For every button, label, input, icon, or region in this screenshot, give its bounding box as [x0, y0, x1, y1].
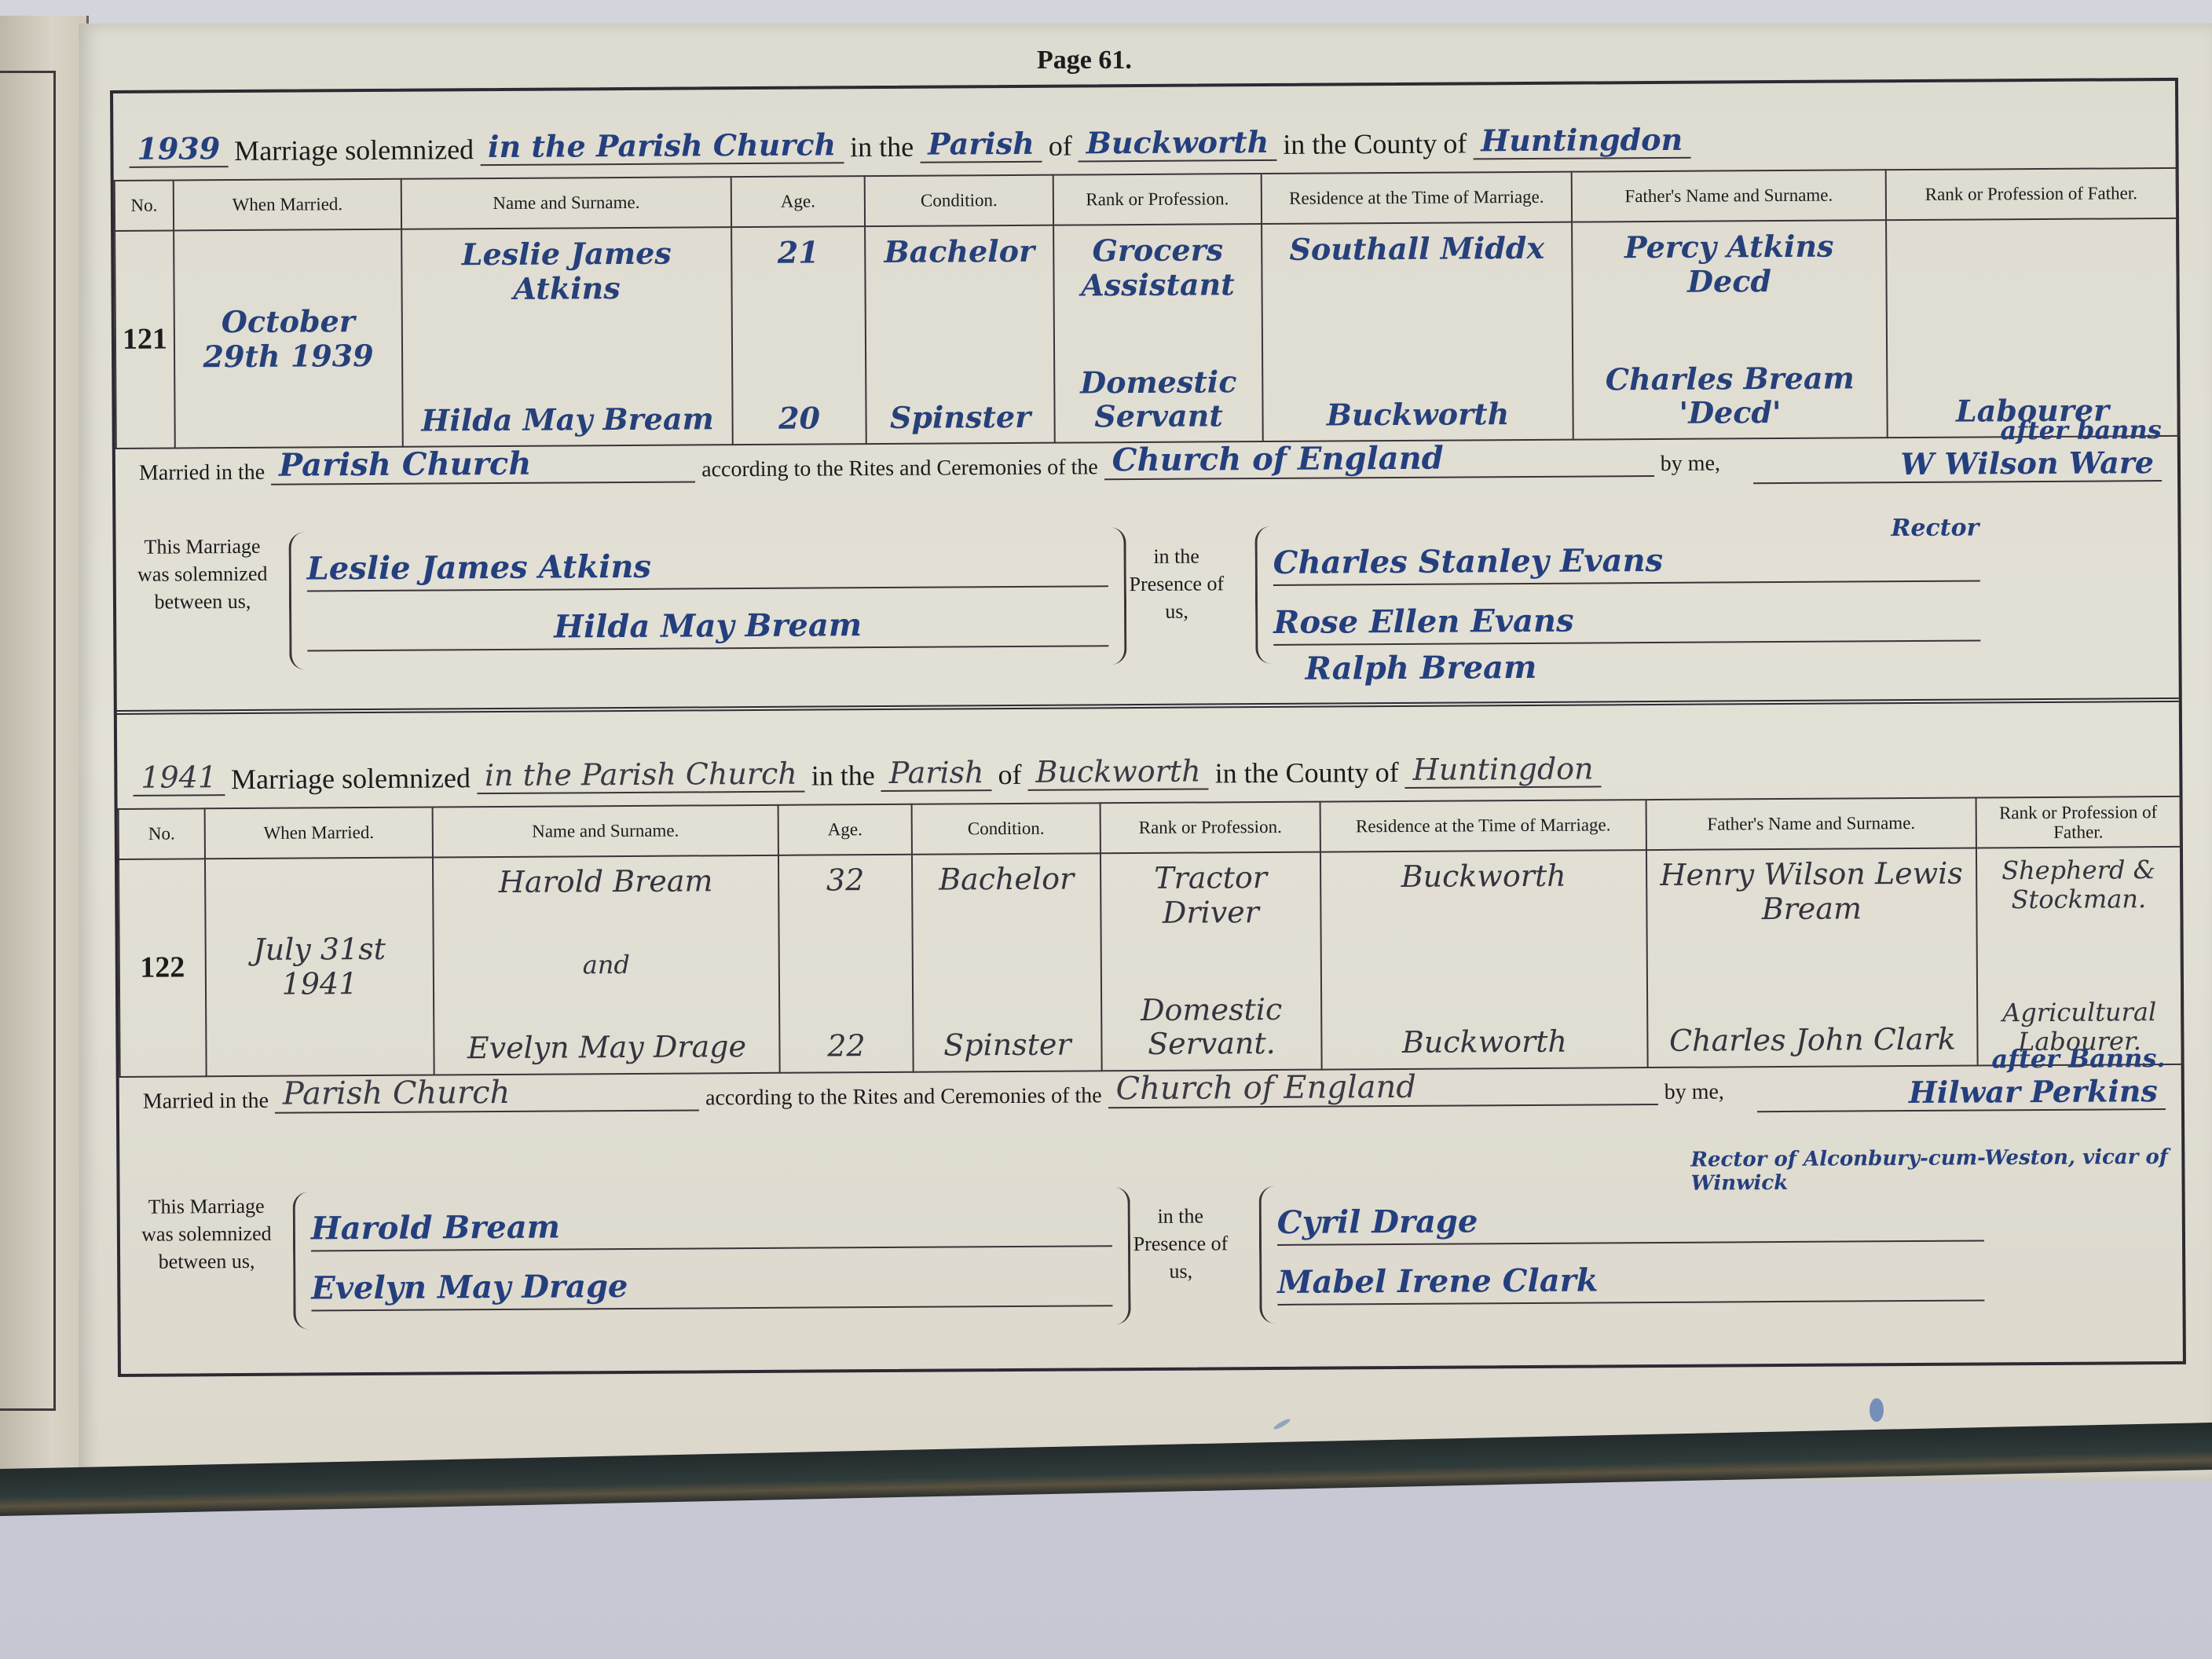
- col-father-name: Father's Name and Surname.: [1572, 170, 1886, 222]
- groom-profession: Grocers Assistant: [1060, 233, 1255, 302]
- bride-residence: Buckworth: [1328, 1024, 1640, 1060]
- page-number: Page 61.: [1037, 46, 1132, 75]
- names-cell: Leslie James Atkins Hilda May Bream: [401, 227, 733, 447]
- col-when-married: When Married.: [174, 179, 401, 231]
- signatures-section: This Marriage was solemnized between us,…: [131, 521, 2159, 690]
- married-in-value: Parish Church: [275, 1073, 699, 1113]
- professions-cell: Grocers Assistant Domestic Servant: [1053, 224, 1263, 443]
- father-professions-cell: Shepherd & Stockman. Agricultural Labour…: [1976, 847, 2182, 1066]
- bride-profession: Domestic Servant: [1061, 364, 1256, 434]
- when-married: July 31st 1941: [205, 858, 434, 1077]
- names-cell: Harold Bream and Evelyn May Drage: [433, 855, 780, 1075]
- groom-father-profession: Shepherd & Stockman.: [1983, 855, 2174, 914]
- fathers-cell: Percy Atkins Decd Charles Bream 'Decd': [1572, 220, 1888, 439]
- entry-district: Parish: [920, 126, 1042, 163]
- col-profession: Rank or Profession.: [1101, 802, 1320, 854]
- col-father-profession: Rank or Profession of Father.: [1976, 797, 2181, 848]
- ages-cell: 32 22: [778, 855, 914, 1073]
- bride-signature: Evelyn May Drage: [311, 1247, 1112, 1311]
- entry-heading: 1941 Marriage solemnized in the Parish C…: [133, 729, 2159, 797]
- parties-signatures: Harold Bream Evelyn May Drage: [293, 1187, 1131, 1330]
- groom-father-name: Henry Wilson Lewis Bream: [1654, 857, 1970, 928]
- label-of-county: of: [1375, 756, 1398, 789]
- witness-2: Mabel Irene Clark: [1277, 1241, 1984, 1305]
- banns-note: after banns: [1753, 415, 2162, 447]
- banns-note: after Banns.: [1756, 1043, 2165, 1075]
- register-table: No. When Married. Name and Surname. Age.…: [118, 796, 2183, 1078]
- conditions-cell: Bachelor Spinster: [912, 853, 1102, 1071]
- name-joiner: and: [441, 950, 772, 980]
- label-married-in-the: Married in the: [143, 1089, 269, 1115]
- label-presence: in the Presence of us,: [1126, 1202, 1236, 1285]
- witness-signatures: Charles Stanley Evans Rose Ellen Evans R…: [1254, 521, 2177, 664]
- label-marriage-solemnized: Marriage solemnized: [231, 761, 471, 796]
- groom-signature: Leslie James Atkins: [306, 527, 1108, 591]
- col-profession: Rank or Profession.: [1053, 174, 1262, 225]
- label-according-to: according to the Rites and Ceremonies of…: [701, 455, 1098, 482]
- bride-residence: Buckworth: [1269, 397, 1566, 433]
- register-table: No. When Married. Name and Surname. Age.…: [114, 167, 2179, 449]
- col-name: Name and Surname.: [401, 177, 731, 229]
- groom-signature: Harold Bream: [311, 1187, 1112, 1251]
- label-by-me: by me,: [1661, 451, 1720, 476]
- col-no: No.: [119, 808, 205, 859]
- parties-signatures: Leslie James Atkins Hilda May Bream: [288, 527, 1126, 670]
- left-page-form-border: [0, 71, 56, 1411]
- label-of: of: [1049, 130, 1072, 163]
- groom-father-profession: [1893, 227, 2170, 229]
- label-according-to: according to the Rites and Ceremonies of…: [705, 1083, 1102, 1111]
- minister-signature: Hilwar Perkins: [1757, 1073, 2166, 1112]
- table-row: 122 July 31st 1941 Harold Bream and Evel…: [119, 847, 2182, 1077]
- witness-2: Rose Ellen Evans: [1273, 581, 1980, 645]
- col-residence: Residence at the Time of Marriage.: [1262, 172, 1572, 224]
- label-married-in-the: Married in the: [139, 460, 265, 486]
- entry-county: Huntingdon: [1473, 122, 1690, 160]
- label-in-the-county: in the County: [1283, 127, 1437, 161]
- minister-title: Rector: [1891, 514, 1979, 542]
- bride-signature: Hilda May Bream: [307, 587, 1108, 651]
- father-professions-cell: Labourer: [1886, 218, 2178, 438]
- label-this-marriage: This Marriage was solemnized between us,: [136, 1192, 278, 1276]
- fathers-cell: Henry Wilson Lewis Bream Charles John Cl…: [1646, 848, 1978, 1068]
- left-page-edge: [0, 16, 89, 1477]
- bride-age: 22: [786, 1029, 906, 1064]
- entry-number: 122: [119, 859, 207, 1077]
- bride-condition: Spinster: [920, 1028, 1094, 1064]
- label-of-county: of: [1443, 126, 1467, 159]
- entry-parish-name: Buckworth: [1079, 124, 1277, 163]
- residences-cell: Southall Middx Buckworth: [1262, 222, 1573, 441]
- col-name: Name and Surname.: [433, 805, 778, 858]
- rites-value: Church of England: [1108, 1068, 1657, 1108]
- rites-value: Church of England: [1104, 438, 1654, 480]
- col-condition: Condition.: [865, 175, 1053, 226]
- register-page: Page 61. 1939 Marriage solemnized in the…: [79, 24, 2212, 1481]
- col-no: No.: [115, 181, 174, 231]
- marriage-register-form: 1939 Marriage solemnized in the Parish C…: [110, 78, 2186, 1377]
- label-presence: in the Presence of us,: [1122, 542, 1232, 625]
- groom-condition: Bachelor: [919, 862, 1093, 897]
- married-in-value: Parish Church: [271, 444, 695, 485]
- bride-age: 20: [739, 401, 859, 436]
- col-residence: Residence at the Time of Marriage.: [1320, 800, 1646, 852]
- minister-signature: W Wilson Ware: [1753, 445, 2162, 484]
- entry-place: in the Parish Church: [480, 126, 844, 166]
- ages-cell: 21 20: [731, 226, 866, 445]
- entry-year: 1939: [129, 130, 228, 168]
- residences-cell: Buckworth Buckworth: [1320, 850, 1648, 1070]
- photo-scene: Page 61. 1939 Marriage solemnized in the…: [0, 0, 2212, 1659]
- col-father-name: Father's Name and Surname.: [1646, 798, 1976, 851]
- groom-age: 21: [738, 235, 858, 270]
- bride-condition: Spinster: [873, 400, 1047, 435]
- groom-residence: Southall Middx: [1269, 231, 1565, 267]
- groom-profession: Tractor Driver: [1108, 861, 1314, 931]
- label-in-the: in the: [811, 759, 875, 792]
- professions-cell: Tractor Driver Domestic Servant.: [1101, 852, 1322, 1071]
- entry-number: 121: [115, 231, 175, 449]
- groom-father-name: Percy Atkins Decd: [1579, 229, 1880, 299]
- when-married: October 29th 1939: [174, 229, 403, 449]
- label-by-me: by me,: [1664, 1079, 1724, 1104]
- col-condition: Condition.: [912, 803, 1101, 854]
- entry-year: 1941: [133, 760, 225, 797]
- officiant-block: after Banns. Hilwar Perkins: [1756, 1043, 2166, 1112]
- entry-district: Parish: [881, 755, 992, 792]
- col-age: Age.: [731, 176, 865, 227]
- label-marriage-solemnized: Marriage solemnized: [234, 133, 474, 167]
- groom-age: 32: [786, 863, 905, 899]
- label-this-marriage: This Marriage was solemnized between us,: [131, 533, 273, 616]
- entry-place: in the Parish Church: [477, 756, 805, 795]
- label-of: of: [998, 758, 1021, 791]
- bride-profession: Domestic Servant.: [1108, 992, 1315, 1062]
- marriage-entry-122: 1941 Marriage solemnized in the Parish C…: [117, 709, 2183, 1374]
- groom-condition: Bachelor: [872, 234, 1046, 269]
- officiant-block: after banns W Wilson Ware: [1753, 415, 2163, 484]
- col-father-profession: Rank or Profession of Father.: [1886, 168, 2177, 220]
- minister-title: Rector of Alconbury-cum-Weston, vicar of…: [1690, 1145, 2193, 1196]
- label-in-the: in the: [850, 130, 914, 163]
- col-when-married: When Married.: [205, 808, 433, 859]
- signatures-section: This Marriage was solemnized between us,…: [136, 1181, 2163, 1350]
- bride-name: Hilda May Bream: [409, 402, 725, 438]
- witness-1: Charles Stanley Evans: [1273, 522, 1979, 585]
- marriage-entry-121: 1939 Marriage solemnized in the Parish C…: [113, 81, 2179, 715]
- groom-residence: Buckworth: [1328, 859, 1639, 895]
- entry-county: Huntingdon: [1404, 751, 1601, 789]
- ink-blot: [1870, 1398, 1884, 1422]
- col-age: Age.: [778, 804, 912, 855]
- table-row: 121 October 29th 1939 Leslie James Atkin…: [115, 218, 2178, 449]
- entry-parish-name: Buckworth: [1027, 753, 1208, 790]
- label-in-the-county: in the County: [1214, 756, 1368, 789]
- witness-signatures: Cyril Drage Mabel Irene Clark: [1259, 1181, 2181, 1324]
- conditions-cell: Bachelor Spinster: [865, 225, 1055, 444]
- groom-name: Harold Bream: [440, 864, 771, 900]
- entry-heading: 1939 Marriage solemnized in the Parish C…: [129, 101, 2155, 168]
- bride-name: Evelyn May Drage: [441, 1030, 772, 1066]
- witness-3: Ralph Bream: [1273, 645, 2177, 687]
- groom-name: Leslie James Atkins: [408, 236, 725, 306]
